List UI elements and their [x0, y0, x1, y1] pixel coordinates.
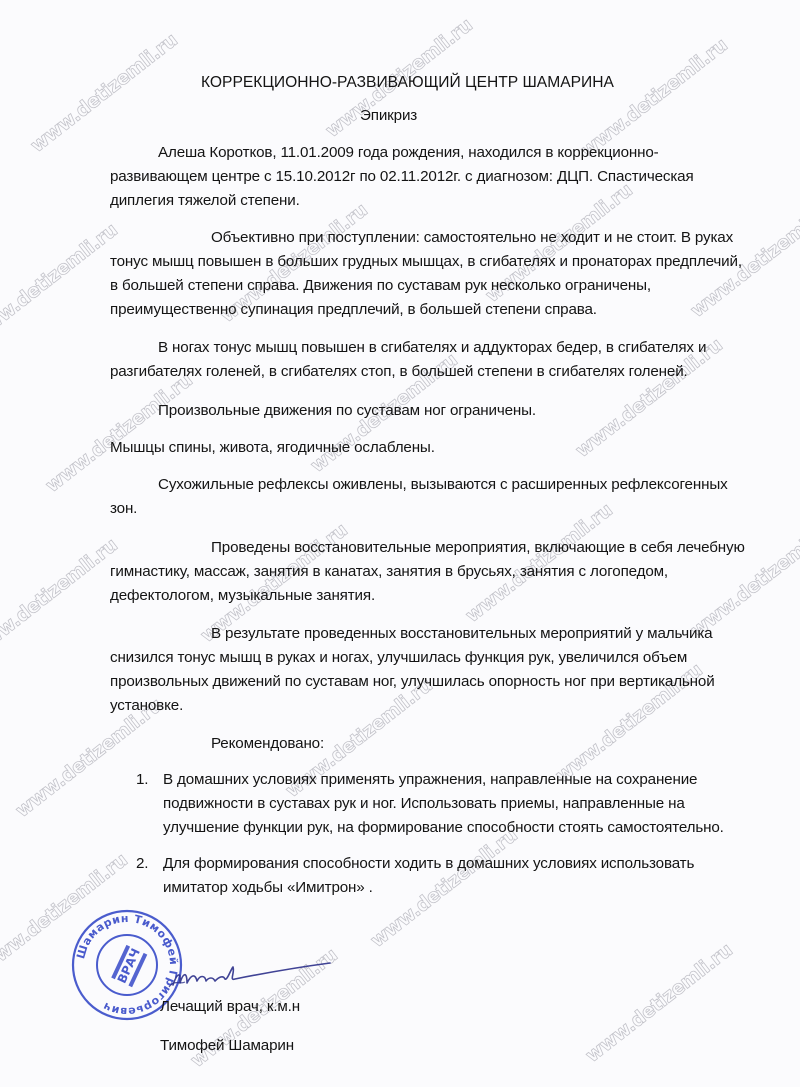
recommendations-heading: Рекомендовано: [211, 734, 324, 754]
doctor-position: Лечащий врач, к.м.н [160, 997, 300, 1017]
watermark: www.detizemli.ru [686, 514, 800, 642]
paragraph-line: Сухожильные рефлексы оживлены, вызываютс… [158, 475, 728, 495]
recommendation-line: В домашних условиях применять упражнения… [163, 770, 697, 790]
paragraph-line: гимнастику, массаж, занятия в канатах, з… [110, 562, 668, 582]
recommendation-line: улучшение функции рук, на формирование с… [163, 818, 724, 838]
paragraph-line: преимущественно супинация предплечий, в … [110, 300, 597, 320]
watermark: www.detizemli.ru [0, 219, 122, 347]
paragraph-line: В результате проведенных восстановительн… [211, 624, 712, 644]
paragraph-line: Мышцы спины, живота, ягодичные ослаблены… [110, 438, 435, 458]
paragraph-line: развивающем центре с 15.10.2012г по 02.1… [110, 167, 694, 187]
recommendation-line: Для формирования способности ходить в до… [163, 854, 694, 874]
handwritten-signature-icon [165, 955, 335, 995]
paragraph-line: разгибателях голеней, в сгибателях стоп,… [110, 362, 688, 382]
paragraph-line: дефектологом, музыкальные занятия. [110, 586, 375, 606]
document-page: www.detizemli.ru www.detizemli.ru www.de… [0, 0, 800, 1087]
list-number: 1. [136, 770, 148, 790]
paragraph-line: Произвольные движения по суставам ног ог… [158, 401, 536, 421]
list-number: 2. [136, 854, 148, 874]
paragraph-line: произвольных движений по суставам ног, у… [110, 672, 715, 692]
recommendation-line: имитатор ходьбы «Имитрон» . [163, 878, 373, 898]
paragraph-line: снизился тонус мышц в руках и ногах, улу… [110, 648, 687, 668]
paragraph-line: зон. [110, 499, 137, 519]
paragraph-line: В ногах тонус мышц повышен в сгибателях … [158, 338, 706, 358]
paragraph-line: Объективно при поступлении: самостоятель… [211, 228, 733, 248]
paragraph-line: диплегия тяжелой степени. [110, 191, 300, 211]
watermark: www.detizemli.ru [0, 534, 122, 662]
watermark: www.detizemli.ru [366, 824, 521, 952]
watermark: www.detizemli.ru [581, 939, 736, 1067]
paragraph-line: Алеша Коротков, 11.01.2009 года рождения… [158, 143, 659, 163]
paragraph-line: тонус мышц повышен в больших грудных мыш… [110, 252, 742, 272]
doctor-name: Тимофей Шамарин [160, 1036, 294, 1056]
paragraph-line: установке. [110, 696, 183, 716]
organization-header: КОРРЕКЦИОННО-РАЗВИВАЮЩИЙ ЦЕНТР ШАМАРИНА [201, 73, 614, 93]
watermark: www.detizemli.ru [26, 29, 181, 157]
paragraph-line: Проведены восстановительные мероприятия,… [211, 538, 745, 558]
recommendation-line: подвижности в суставах рук и ног. Исполь… [163, 794, 685, 814]
paragraph-line: в большей степени справа. Движения по су… [110, 276, 651, 296]
document-title: Эпикриз [360, 106, 417, 126]
